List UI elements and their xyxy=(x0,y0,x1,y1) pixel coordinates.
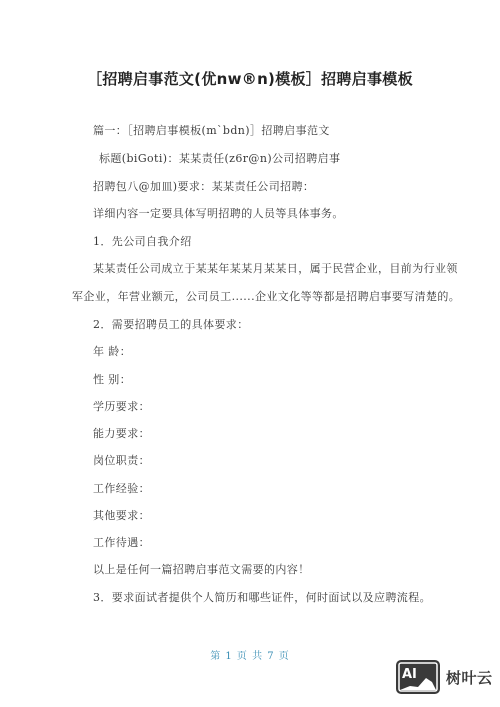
field-education: 学历要求： xyxy=(93,400,150,414)
ai-logo-icon: AI xyxy=(396,660,440,694)
paragraph-line-2: 军企业，年营业额元，公司员工......企业文化等等都是招聘启事要写清楚的。 xyxy=(72,290,460,304)
line-part-one-heading: 篇一：［招聘启事模板(m`bdn)］招聘启事范文 xyxy=(93,124,330,138)
line-details: 详细内容一定要具体写明招聘的人员等具体事务。 xyxy=(93,207,344,221)
watermark: AI 树叶云 xyxy=(396,660,493,694)
line-title: 标题(biGoti)：某某责任(z6r@n)公司招聘启事 xyxy=(99,152,340,166)
line-requirements: 招聘包八@加皿)要求：某某责任公司招聘： xyxy=(93,180,314,194)
section-2-heading: 2．需要招聘员工的具体要求： xyxy=(93,318,249,332)
watermark-brand: 树叶云 xyxy=(446,667,493,688)
field-age: 年 龄： xyxy=(93,345,131,359)
page-title: ［招聘启事范文(优nw®n)模板］招聘启事模板 xyxy=(0,68,500,89)
paragraph-line-1: 某某责任公司成立于某某年某某月某某日，属于民营企业，目前为行业领 xyxy=(93,262,458,276)
field-other: 其他要求： xyxy=(93,509,150,523)
section-1-heading: 1．先公司自我介绍 xyxy=(93,235,192,249)
section-3-heading: 3．要求面试者提供个人简历和哪些证件，何时面试以及应聘流程。 xyxy=(93,591,431,605)
summary-line: 以上是任何一篇招聘启事范文需要的内容！ xyxy=(93,563,310,577)
field-ability: 能力要求： xyxy=(93,427,150,441)
svg-text:AI: AI xyxy=(402,667,417,682)
field-compensation: 工作待遇： xyxy=(93,536,150,550)
field-duties: 岗位职责： xyxy=(93,454,150,468)
field-experience: 工作经验： xyxy=(93,482,150,496)
field-gender: 性 别： xyxy=(93,373,131,387)
